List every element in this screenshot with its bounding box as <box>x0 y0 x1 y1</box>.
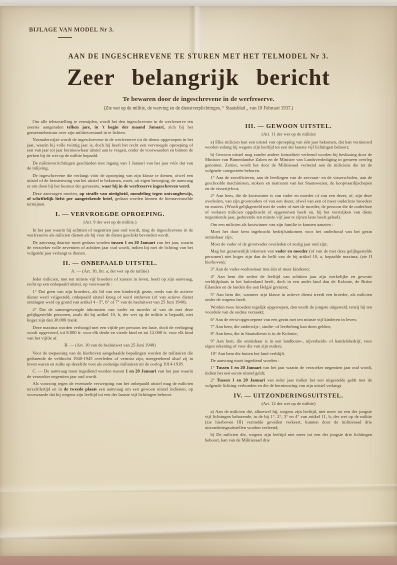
text-run: b) De milicien die, wegens zijn leeftijd… <box>205 432 372 442</box>
text-run: Voor de toepassing van de hierboven aang… <box>27 351 193 367</box>
page-title: Zeer belangrijk bericht <box>0 64 397 91</box>
text-run: C. — De aanvraag moet ingediend worden t… <box>33 369 126 374</box>
article-reference: (Art. 11 der wet op de militie) <box>205 131 372 136</box>
annex-model-label: BIJLAGE VAN MODEL Nr 3. <box>29 26 114 34</box>
text-run: A. — (Art. 10, litt. a, der wet op de mi… <box>71 268 149 273</box>
left-column: Om alle teleurstelling te vermijden, wor… <box>27 119 193 550</box>
paragraph: 4° Aan hem die sedert de leeftijd van ac… <box>205 274 372 290</box>
text-run: vader en moeder <box>275 249 308 254</box>
distribution-instruction: AAN DE INGESCHREVENE TE STUREN MET HET T… <box>0 53 397 61</box>
section-heading: III. — GEWOON UITSTEL. <box>205 124 372 129</box>
text-run: In het jaar waarin hij achttien of negen… <box>27 227 193 237</box>
text-run: B. — (Art. 10 van de besluitwet van 25 J… <box>64 343 155 348</box>
article-reference: B. — (Art. 10 van de besluitwet van 25 J… <box>27 343 193 348</box>
text-run: Deze maxima worden verhoogd met een vijf… <box>27 325 193 341</box>
page-subtitle: Te bewaren door de ingeschrevene in de w… <box>0 95 397 103</box>
paragraph: 2° Tussen 1 en 20 Januari van ieder jaar… <box>205 378 372 389</box>
text-run: De militieverrichtingen geschieden met i… <box>27 160 193 170</box>
text-run: 8° Aan hem, die in Staatsdienst is in de… <box>211 331 298 336</box>
paragraph: 1° Aan de zeeofficieren, aan de leerling… <box>205 175 372 191</box>
text-run: de tweede plaats <box>64 386 97 391</box>
paragraph: De aanvraag moet ingediend worden : <box>205 358 372 363</box>
paragraph: b) De milicien die, wegens zijn leeftijd… <box>205 432 372 443</box>
paragraph: De ingeschrevene die verlangt vóór de op… <box>27 173 193 189</box>
paragraph: 1° Dat geen van zijn broeders, als lid v… <box>27 289 193 305</box>
paragraph: 7° Aan hem, die onderwijs-, studie- of l… <box>205 324 372 329</box>
text-run: a) Elke milicien kan een uitstel van opr… <box>205 139 372 149</box>
paragraph: 3° Aan de vader-weduwnaar met één of mee… <box>205 267 372 272</box>
text-run: 4° Aan hem die sedert de leeftijd van ac… <box>205 274 372 290</box>
law-reference-line: (Zie wet op de militie, de werving en de… <box>0 106 397 111</box>
text-run: 9° Aan hem, die onmisbaar is in een land… <box>205 338 372 348</box>
paragraph: Worden twee broeders tegelijk opgeroepen… <box>205 304 372 315</box>
paragraph: Ieder milicien, met ten minste vijf broe… <box>27 276 193 287</box>
label-underline-rule <box>58 37 72 38</box>
paragraph: 9° Aan hem, die onmisbaar is in een land… <box>205 338 372 349</box>
text-run: 1 en 20 Januari <box>126 369 157 374</box>
text-run: III. — GEWOON UITSTEL. <box>245 123 332 130</box>
text-run: De aanvraag daartoe moet gedaan worden <box>33 240 112 245</box>
right-column: III. — GEWOON UITSTEL.(Art. 11 der wet o… <box>205 119 372 550</box>
paper-sheet: BIJLAGE VAN MODEL Nr 3. AAN DE INGESCHRE… <box>0 6 397 556</box>
section-heading: IV. — UITZONDERINGSUITSTEL. <box>205 393 372 398</box>
text-run: Deze aanvragen moeten, <box>33 191 80 196</box>
text-run: Moet de vader of de grootvader overleden… <box>211 242 328 247</box>
paragraph: 10° Aan hem die buiten het land verblijf… <box>205 351 372 356</box>
paragraph: Normalerwijze wordt de ingeschrevene in … <box>27 137 193 159</box>
text-run: Ieder milicien, met ten minste vijf broe… <box>27 276 193 286</box>
article-reference: (Art. 9 der wet op de militie.) <box>27 219 193 224</box>
text-run: 1° Aan de zeeofficieren, aan de leerling… <box>205 175 372 191</box>
text-run: 10° Aan hem die buiten het land verblijf… <box>211 351 286 356</box>
text-run: 3° Aan de vader-weduwnaar met één of mee… <box>211 267 310 272</box>
paragraph: 2° Aan hem, die de kostwinner is van vad… <box>205 193 372 220</box>
text-run: De aanvraag moet ingediend worden : <box>211 358 280 363</box>
paragraph: a) Aan de milicien die, alhoewel hij, we… <box>205 409 372 431</box>
text-run: Worden twee broeders tegelijk opgeroepen… <box>205 304 372 314</box>
paragraph: Om alle teleurstelling te vermijden, wor… <box>27 119 193 135</box>
paragraph: In het jaar waarin hij achttien of negen… <box>27 227 193 238</box>
paragraph: Mag het gezamenlijk inkomen van vader en… <box>205 249 372 265</box>
text-run: IV. — UITZONDERINGSUITSTEL. <box>234 392 344 399</box>
text-run: (Art. 12 der wet op de militie) <box>261 401 315 406</box>
text-run: Om een milicien als kostwinner van zijn … <box>211 222 334 227</box>
text-run: tussen 1 en 20 Januari <box>111 240 155 245</box>
paragraph: De aanvraag daartoe moet gedaan worden t… <box>27 240 193 256</box>
text-run: (Art. 9 der wet op de militie.) <box>84 219 137 224</box>
paragraph: Als voorzorg tegen de eventuele verwerpi… <box>27 381 193 397</box>
paragraph: Moet het door hem ingebracht bedrijfsink… <box>205 229 372 240</box>
text-run: 1° Dat geen van zijn broeders, als lid v… <box>27 289 193 305</box>
two-column-body: Om alle teleurstelling te vermijden, wor… <box>27 119 372 550</box>
paragraph: Deze maxima worden verhoogd met een vijf… <box>27 325 193 341</box>
text-run: Normalerwijze wordt de ingeschrevene in … <box>27 137 193 158</box>
paragraph: Deze aanvragen moeten, op straffe van ni… <box>27 191 193 207</box>
paragraph: a) Elke milicien kan een uitstel van opr… <box>205 139 372 150</box>
text-run: a) Aan de milicien die, alhoewel hij, we… <box>205 409 372 430</box>
text-run: 2° Aan hem, die de kostwinner is van vad… <box>205 193 372 220</box>
text-run: Tussen 1 en 20 Januari <box>216 365 261 370</box>
paragraph: 1° Tussen 1 en 20 Januari van het jaar w… <box>205 365 372 376</box>
text-run: b) Gewoon uitstel mag zonder andere form… <box>205 152 372 173</box>
text-run: 6° Aan de eerst-opgeroepene van een gezi… <box>211 317 357 322</box>
paragraph: Moet de vader of de grootvader overleden… <box>205 242 372 247</box>
paragraph: Voor de toepassing van de hierboven aang… <box>27 351 193 367</box>
paragraph: 6° Aan de eerst-opgeroepene van een gezi… <box>205 317 372 322</box>
scanned-document-viewport: BIJLAGE VAN MODEL Nr 3. AAN DE INGESCHRE… <box>0 0 397 565</box>
text-run: 5° Aan hem die, wanneer zijn klasse in a… <box>205 292 372 302</box>
text-run: 7° Aan hem, die onderwijs-, studie- of l… <box>211 324 332 329</box>
text-run: I. — VERVROEGDE OPROEPING. <box>55 210 164 217</box>
paper-fold-crease-top <box>189 6 202 54</box>
text-run: II. — ONBEPAALD UITSTEL. <box>63 260 157 267</box>
text-run: (Art. 11 der wet op de militie) <box>262 131 316 136</box>
text-run: 2° Dat de samengevoegde inkomsten van va… <box>27 307 193 323</box>
paragraph: b) Gewoon uitstel mag zonder andere form… <box>205 152 372 174</box>
scan-canvas: BIJLAGE VAN MODEL Nr 3. AAN DE INGESCHRE… <box>0 0 397 565</box>
paragraph: De militieverrichtingen geschieden met i… <box>27 160 193 171</box>
text-run: Mag het gezamenlijk inkomen van <box>211 249 276 254</box>
paragraph: C. — De aanvraag moet ingediend worden t… <box>27 369 193 380</box>
article-reference: (Art. 12 der wet op de militie) <box>205 401 372 406</box>
text-run: waar hij in de werfreserve ingeschreven … <box>102 184 190 189</box>
paragraph: 8° Aan hem, die in Staatsdienst is in de… <box>205 331 372 336</box>
paragraph: 2° Dat de samengevoegde inkomsten van va… <box>27 307 193 323</box>
section-heading: I. — VERVROEGDE OPROEPING. <box>27 211 193 216</box>
article-reference: A. — (Art. 10, litt. a, der wet op de mi… <box>27 268 193 273</box>
text-run: telken jare, in 't begin der maand Janua… <box>67 124 165 129</box>
section-heading: II. — ONBEPAALD UITSTEL. <box>27 261 193 266</box>
paragraph: 5° Aan hem die, wanneer zijn klasse in a… <box>205 292 372 303</box>
text-run: Moet het door hem ingebracht bedrijfsink… <box>205 229 372 239</box>
paragraph: Om een milicien als kostwinner van zijn … <box>205 222 372 227</box>
text-run: Tussen 1 en 20 Januari <box>217 378 265 383</box>
